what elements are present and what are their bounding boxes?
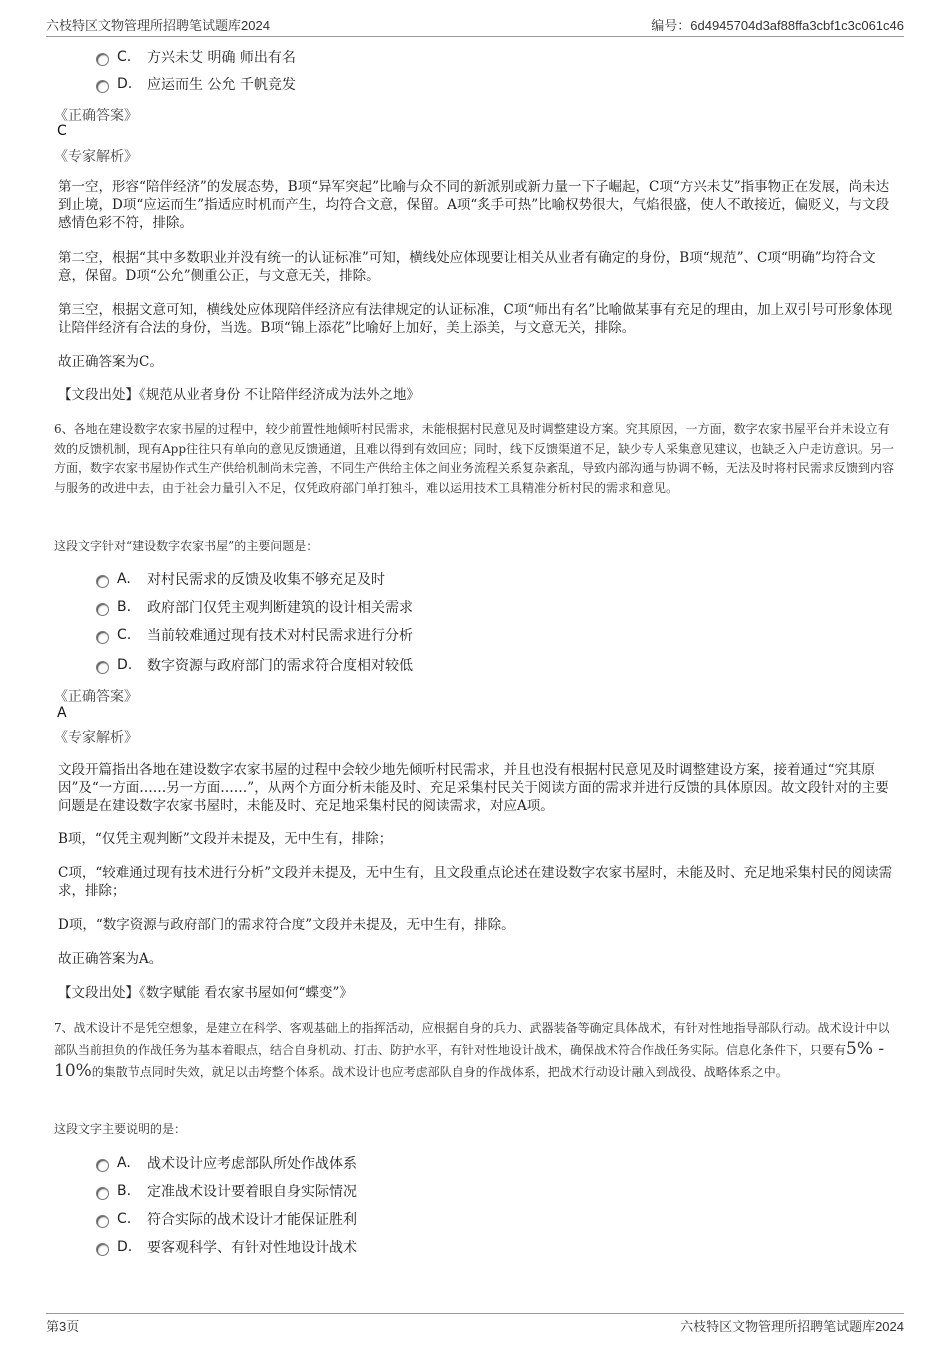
analysis-paragraph: 文段开篇指出各地在建设数字农家书屋的过程中会较少地先倾听村民需求，并且也没有根据…: [58, 761, 898, 815]
analysis-label: 《专家解析》: [54, 146, 138, 166]
q5-option-d[interactable]: D. 应运而生 公允 千帆竞发: [96, 73, 296, 95]
radio-button-icon[interactable]: [96, 1215, 109, 1228]
option-text: 战术设计应考虑部队所处作战体系: [147, 1153, 357, 1173]
q6-option-b[interactable]: B. 政府部门仅凭主观判断建筑的设计相关需求: [96, 596, 413, 618]
q6-option-a[interactable]: A. 对村民需求的反馈及收集不够充足及时: [96, 568, 385, 590]
page-number: 第3页: [46, 1316, 79, 1335]
header-title: 六枝特区文物管理所招聘笔试题库2024: [46, 15, 270, 34]
answer-label: 《正确答案》: [54, 105, 138, 125]
option-text: 对村民需求的反馈及收集不够充足及时: [147, 569, 385, 589]
option-text: 要客观科学、有针对性地设计战术: [147, 1237, 357, 1257]
option-text: 政府部门仅凭主观判断建筑的设计相关需求: [147, 597, 413, 617]
analysis-paragraph: B项，“仅凭主观判断”文段并未提及，无中生有，排除；: [58, 830, 898, 848]
page-footer: 第3页 六枝特区文物管理所招聘笔试题库2024: [46, 1313, 904, 1334]
analysis-conclusion: 故正确答案为C。: [58, 353, 898, 371]
analysis-paragraph: 第二空，根据“其中多数职业并没有统一的认证标准”可知，横线处应体现要让相关从业者…: [58, 249, 898, 285]
q7-option-b[interactable]: B. 定准战术设计要着眼自身实际情况: [96, 1180, 357, 1202]
footer-title: 六枝特区文物管理所招聘笔试题库2024: [680, 1316, 904, 1335]
radio-button-icon[interactable]: [96, 53, 109, 66]
question-6-text: 6、各地在建设数字农家书屋的过程中，较少前置性地倾听村民需求，未能根据村民意见及…: [54, 420, 900, 498]
analysis-paragraph: 第三空，根据文意可知，横线处应体现陪伴经济应有法律规定的认证标准，C项“师出有名…: [58, 301, 898, 337]
source-citation: 【文段出处】《数字赋能 看农家书屋如何“蝶变”》: [58, 984, 898, 1002]
option-text: 数字资源与政府部门的需求符合度相对较低: [147, 655, 413, 675]
analysis-label: 《专家解析》: [54, 727, 138, 747]
page-header: 六枝特区文物管理所招聘笔试题库2024 编号：6d4945704d3af88ff…: [46, 14, 904, 37]
q5-option-c[interactable]: C. 方兴未艾 明确 师出有名: [96, 46, 296, 68]
serial-number: 6d4945704d3af88ffa3cbf1c3c061c46: [690, 18, 904, 33]
radio-button-icon[interactable]: [96, 1159, 109, 1172]
option-text: 应运而生 公允 千帆竞发: [147, 74, 296, 94]
radio-button-icon[interactable]: [96, 1243, 109, 1256]
option-text: 定准战术设计要着眼自身实际情况: [147, 1181, 357, 1201]
answer-value: C: [57, 123, 67, 139]
question-7-text: 7、战术设计不是凭空想象，是建立在科学、客观基础上的指挥活动，应根据自身的兵力、…: [54, 1018, 900, 1083]
radio-button-icon[interactable]: [96, 1187, 109, 1200]
analysis-paragraph: C项，“较难通过现有技术进行分析”文段并未提及，无中生有，且文段重点论述在建设数…: [58, 864, 898, 900]
radio-button-icon[interactable]: [96, 80, 109, 93]
option-text: 符合实际的战术设计才能保证胜利: [147, 1209, 357, 1229]
q7-option-a[interactable]: A. 战术设计应考虑部队所处作战体系: [96, 1152, 357, 1174]
analysis-paragraph: D项，“数字资源与政府部门的需求符合度”文段并未提及，无中生有，排除。: [58, 916, 898, 934]
q6-option-d[interactable]: D. 数字资源与政府部门的需求符合度相对较低: [96, 654, 413, 676]
analysis-paragraph: 第一空，形容“陪伴经济”的发展态势，B项“异军突起”比喻与众不同的新派别或新力量…: [58, 178, 898, 232]
radio-button-icon[interactable]: [96, 575, 109, 588]
question-6-prompt: 这段文字针对“建设数字农家书屋”的主要问题是：: [54, 537, 318, 554]
radio-button-icon[interactable]: [96, 603, 109, 616]
radio-button-icon[interactable]: [96, 631, 109, 644]
source-citation: 【文段出处】《规范从业者身份 不让陪伴经济成为法外之地》: [58, 386, 898, 404]
q7-option-c[interactable]: C. 符合实际的战术设计才能保证胜利: [96, 1208, 357, 1230]
q6-option-c[interactable]: C. 当前较难通过现有技术对村民需求进行分析: [96, 624, 413, 646]
q7-option-d[interactable]: D. 要客观科学、有针对性地设计战术: [96, 1236, 357, 1258]
header-serial: 编号：6d4945704d3af88ffa3cbf1c3c061c46: [651, 15, 904, 34]
question-7-prompt: 这段文字主要说明的是：: [54, 1120, 186, 1137]
option-text: 方兴未艾 明确 师出有名: [147, 47, 296, 67]
answer-label: 《正确答案》: [54, 686, 138, 706]
radio-button-icon[interactable]: [96, 661, 109, 674]
option-text: 当前较难通过现有技术对村民需求进行分析: [147, 625, 413, 645]
answer-value: A: [57, 705, 67, 721]
analysis-conclusion: 故正确答案为A。: [58, 950, 898, 968]
